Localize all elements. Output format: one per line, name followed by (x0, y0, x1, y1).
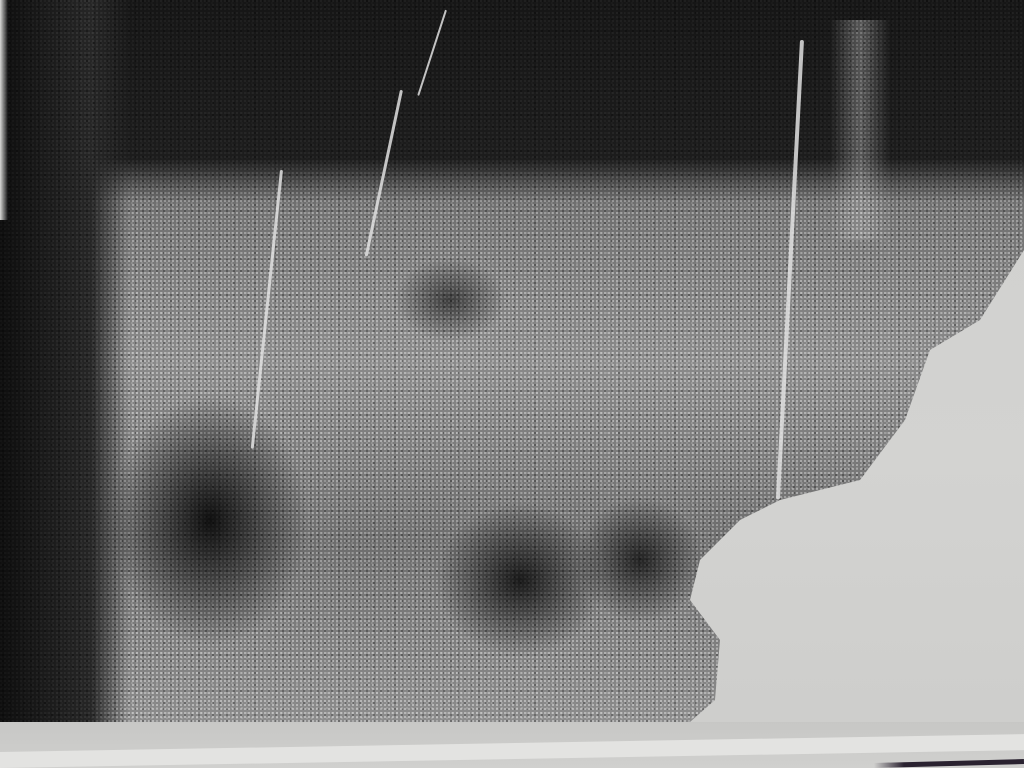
paper-left-edge (0, 0, 8, 220)
photograph (0, 0, 1024, 768)
